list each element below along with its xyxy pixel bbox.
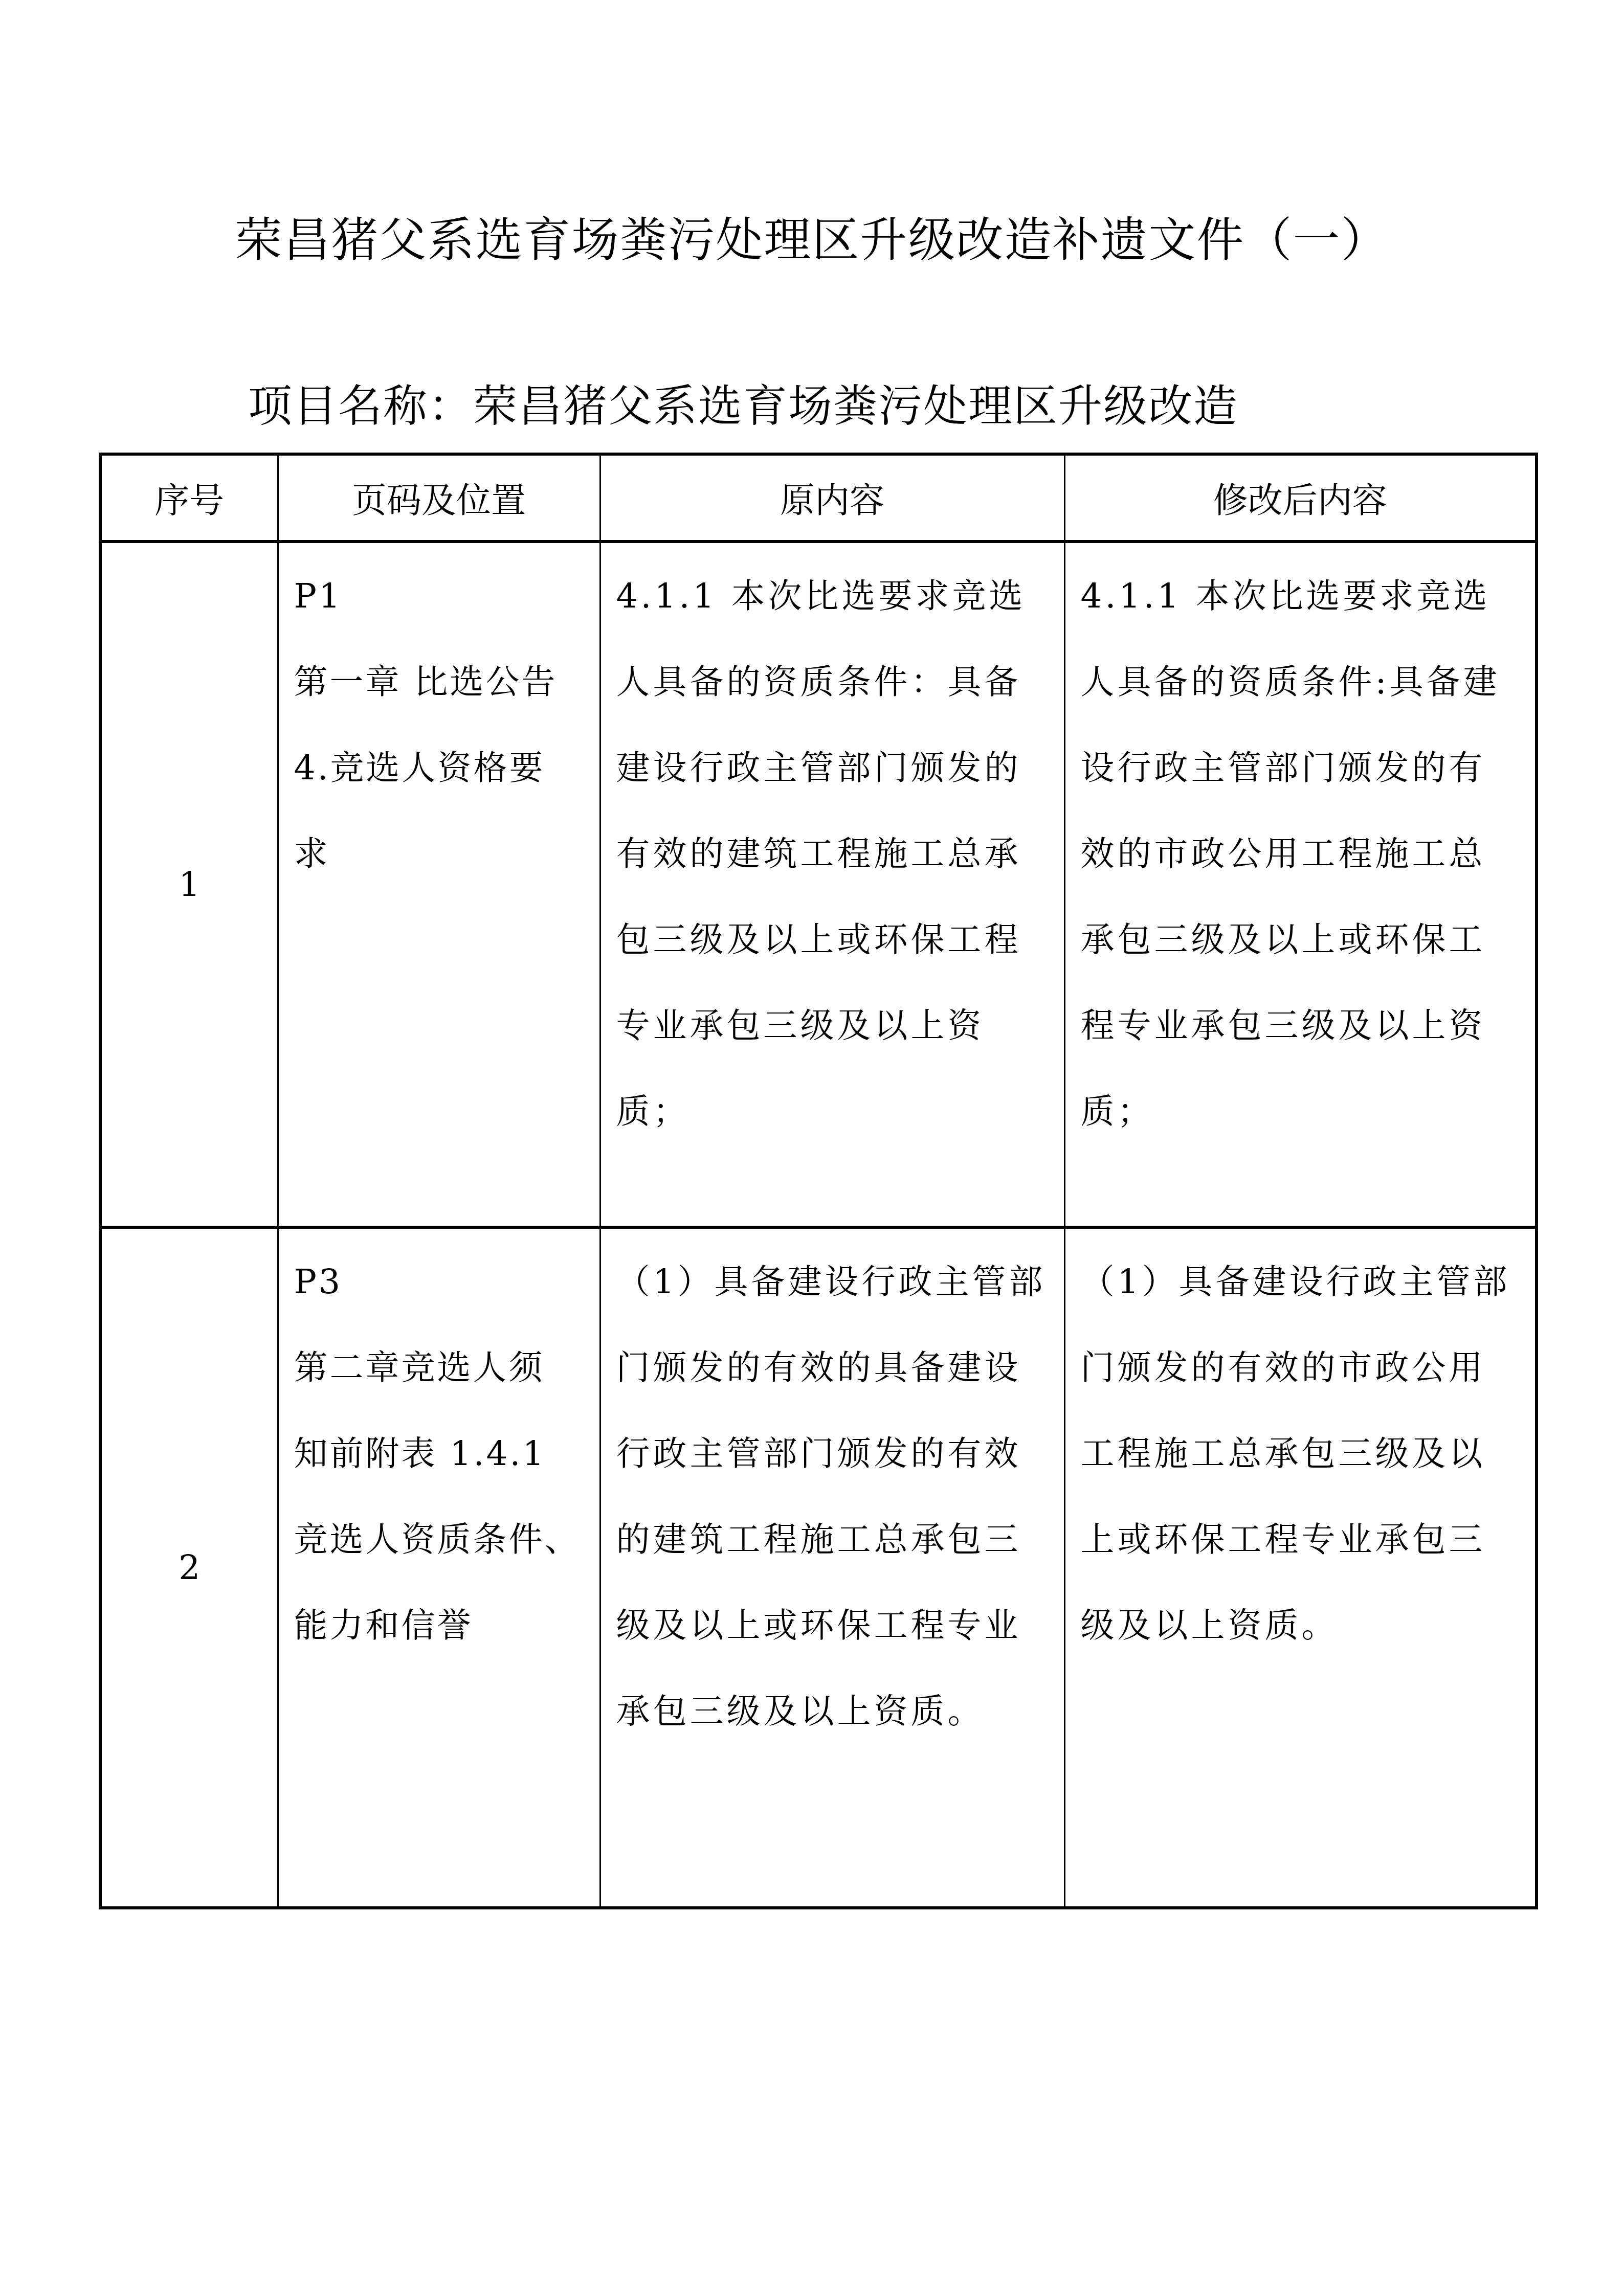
content-line: 质； <box>1081 1069 1523 1155</box>
content-line: 承包三级及以上或环保工 <box>1081 897 1523 983</box>
table-header-row: 序号 页码及位置 原内容 修改后内容 <box>100 454 1537 542</box>
content-line: 工程施工总承包三级及以 <box>1081 1411 1523 1497</box>
content-line: 上或环保工程专业承包三 <box>1081 1497 1523 1583</box>
header-modified: 修改后内容 <box>1064 454 1537 542</box>
project-name-label: 项目名称： <box>248 381 473 432</box>
content-line: （1）具备建设行政主管部 <box>616 1239 1052 1325</box>
content-line: 专业承包三级及以上资 <box>616 983 1052 1069</box>
content-line: 门颁发的有效的市政公用 <box>1081 1325 1523 1411</box>
amendment-table: 序号 页码及位置 原内容 修改后内容 1 P1 第一章 比选公告 4.竞选人资格… <box>99 453 1538 1909</box>
content-line: 包三级及以上或环保工程 <box>616 897 1052 983</box>
row-modified-content: （1）具备建设行政主管部 门颁发的有效的市政公用 工程施工总承包三级及以 上或环… <box>1064 1227 1537 1908</box>
content-line: 4.1.1 本次比选要求竞选 <box>616 553 1052 639</box>
location-line: 第一章 比选公告 <box>294 639 587 725</box>
header-location: 页码及位置 <box>278 454 600 542</box>
header-seq: 序号 <box>100 454 278 542</box>
content-line: 4.1.1 本次比选要求竞选 <box>1081 553 1523 639</box>
project-name-value: 荣昌猪父系选育场粪污处理区升级改造 <box>473 381 1238 432</box>
content-line: 门颁发的有效的具备建设 <box>616 1325 1052 1411</box>
row-seq: 1 <box>100 542 278 1227</box>
row-original-content: （1）具备建设行政主管部 门颁发的有效的具备建设 行政主管部门颁发的有效 的建筑… <box>600 1227 1064 1908</box>
content-line: 级及以上资质。 <box>1081 1583 1523 1669</box>
content-line: 行政主管部门颁发的有效 <box>616 1411 1052 1497</box>
project-name-line: 项目名称：荣昌猪父系选育场粪污处理区升级改造 <box>248 373 1238 440</box>
row-original-content: 4.1.1 本次比选要求竞选 人具备的资质条件：具备 建设行政主管部门颁发的 有… <box>600 542 1064 1227</box>
content-line: 质； <box>616 1069 1052 1155</box>
content-line: 级及以上或环保工程专业 <box>616 1583 1052 1669</box>
table-row: 1 P1 第一章 比选公告 4.竞选人资格要 求 4.1.1 本次比选要求竞选 … <box>100 542 1537 1227</box>
row-location: P1 第一章 比选公告 4.竞选人资格要 求 <box>278 542 600 1227</box>
header-original: 原内容 <box>600 454 1064 542</box>
content-line: 设行政主管部门颁发的有 <box>1081 725 1523 811</box>
location-line: 4.竞选人资格要 <box>294 725 587 811</box>
location-line: 知前附表 1.4.1 <box>294 1411 587 1497</box>
content-line: 人具备的资质条件：具备 <box>616 639 1052 725</box>
document-title: 荣昌猪父系选育场粪污处理区升级改造补遗文件（一） <box>0 205 1624 276</box>
location-line: P3 <box>294 1239 587 1325</box>
content-line: 建设行政主管部门颁发的 <box>616 725 1052 811</box>
content-line: 效的市政公用工程施工总 <box>1081 811 1523 897</box>
location-line: 第二章竞选人须 <box>294 1325 587 1411</box>
content-line: （1）具备建设行政主管部 <box>1081 1239 1523 1325</box>
content-line: 承包三级及以上资质。 <box>616 1669 1052 1754</box>
content-line: 的建筑工程施工总承包三 <box>616 1497 1052 1583</box>
content-line: 有效的建筑工程施工总承 <box>616 811 1052 897</box>
content-line: 人具备的资质条件:具备建 <box>1081 639 1523 725</box>
location-line: 竞选人资质条件、 <box>294 1497 587 1583</box>
row-seq: 2 <box>100 1227 278 1908</box>
content-line: 程专业承包三级及以上资 <box>1081 983 1523 1069</box>
row-location: P3 第二章竞选人须 知前附表 1.4.1 竞选人资质条件、 能力和信誉 <box>278 1227 600 1908</box>
location-line: P1 <box>294 553 587 639</box>
row-modified-content: 4.1.1 本次比选要求竞选 人具备的资质条件:具备建 设行政主管部门颁发的有 … <box>1064 542 1537 1227</box>
location-line: 求 <box>294 811 587 897</box>
table-row: 2 P3 第二章竞选人须 知前附表 1.4.1 竞选人资质条件、 能力和信誉 （… <box>100 1227 1537 1908</box>
location-line: 能力和信誉 <box>294 1583 587 1669</box>
